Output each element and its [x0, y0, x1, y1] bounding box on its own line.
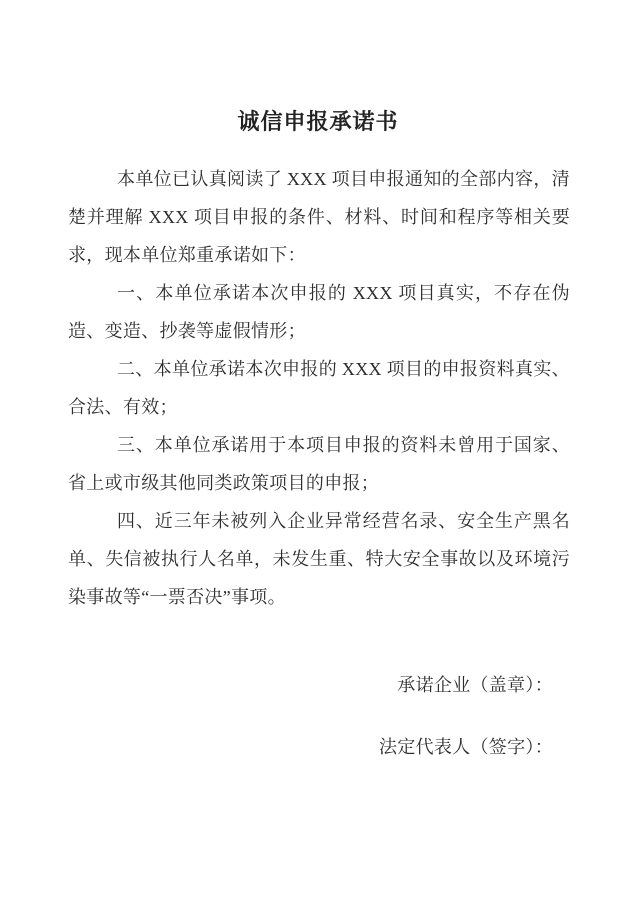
- intro-paragraph: 本单位已认真阅读了 XXX 项目申报通知的全部内容，清楚并理解 XXX 项目申报…: [68, 160, 570, 274]
- document-page: 诚信申报承诺书 本单位已认真阅读了 XXX 项目申报通知的全部内容，清楚并理解 …: [0, 0, 636, 900]
- clause-1: 一、本单位承诺本次申报的 XXX 项目真实，不存在伪造、变造、抄袭等虚假情形；: [68, 274, 570, 350]
- clause-3: 三、本单位承诺用于本项目申报的资料未曾用于国家、省上或市级其他同类政策项目的申报…: [68, 426, 570, 502]
- clause-4: 四、近三年未被列入企业异常经营名录、安全生产黑名单、失信被执行人名单，未发生重、…: [68, 502, 570, 616]
- signature-legal-representative: 法定代表人（签字）：: [0, 728, 553, 766]
- signature-block: 承诺企业（盖章）： 法定代表人（签字）：: [0, 666, 636, 766]
- signature-company: 承诺企业（盖章）：: [0, 666, 553, 704]
- document-title: 诚信申报承诺书: [0, 0, 636, 138]
- clause-2: 二、本单位承诺本次申报的 XXX 项目的申报资料真实、合法、有效；: [68, 350, 570, 426]
- document-body: 本单位已认真阅读了 XXX 项目申报通知的全部内容，清楚并理解 XXX 项目申报…: [68, 160, 570, 616]
